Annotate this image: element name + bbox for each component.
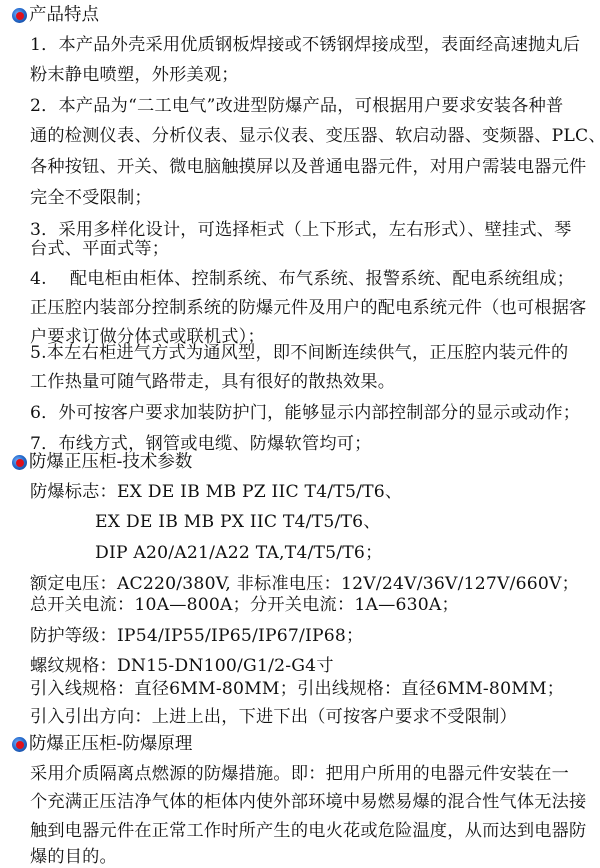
section-heading-features: 产品特点 (12, 4, 99, 26)
text-line: EX DE IB MB PX IIC T4/T5/T6、 (95, 511, 381, 533)
text-line: 总开关电流：10A—800A；分开关电流：1A—630A； (30, 594, 459, 616)
text-line: 2．本产品为“二工电气”改进型防爆产品，可根据用户要求安装各种普 (30, 95, 563, 117)
bullet-icon (12, 737, 27, 752)
text-line: 5.本左右柜进气方式为通风型，即不间断连续供气，正压腔内装元件的 (30, 342, 568, 364)
text-line: DIP A20/A21/A22 TA,T4/T5/T6； (95, 542, 382, 564)
text-line: 引入线规格：直径6MM-80MM；引出线规格：直径6MM-80MM； (30, 678, 564, 700)
text-line: 触到电器元件在正常工作时所产生的电火花或危险温度，从而达到电器防 (30, 820, 586, 842)
section-title: 防爆正压柜-防爆原理 (29, 733, 192, 755)
text-line: 采用介质隔离点燃源的防爆措施。即：把用户所用的电器元件安装在一 (30, 763, 569, 785)
section-title: 产品特点 (29, 4, 99, 26)
text-line: 正压腔内装部分控制系统的防爆元件及用户的配电系统元件（也可根据客 (30, 297, 586, 319)
section-title: 防爆正压柜-技术参数 (29, 451, 192, 473)
section-heading-tech-params: 防爆正压柜-技术参数 (12, 451, 192, 473)
text-line: 防护等级：IP54/IP55/IP65/IP67/IP68； (30, 625, 363, 647)
bullet-icon (12, 8, 27, 23)
text-line: 螺纹规格：DN15-DN100/G1/2-G4寸 (30, 655, 334, 677)
bullet-icon (12, 455, 27, 470)
text-line: 额定电压：AC220/380V, 非标准电压：12V/24V/36V/127V/… (30, 573, 579, 595)
text-line: 4. 配电柜由柜体、控制系统、布气系统、报警系统、配电系统组成； (30, 268, 574, 290)
text-line: 工作热量可随气路带走，具有很好的散热效果。 (30, 371, 395, 393)
text-line: 6．外可按客户要求加装防护门，能够显示内部控制部分的显示或动作； (30, 402, 580, 424)
text-line: 通的检测仪表、分析仪表、显示仪表、变压器、软启动器、变频器、PLC、 (30, 125, 600, 147)
text-line: 完全不受限制； (30, 187, 152, 209)
text-line: 防爆标志：EX DE IB MB PZ IIC T4/T5/T6、 (30, 481, 402, 503)
text-line: 爆的目的。 (30, 846, 117, 868)
text-line: 粉末静电喷塑，外形美观； (30, 64, 239, 86)
text-line: 1．本产品外壳采用优质钢板焊接或不锈钢焊接成型，表面经高速抛丸后 (30, 34, 580, 56)
text-line: 个充满正压洁净气体的柜体内使外部环境中易燃易爆的混合性气体无法接 (30, 791, 586, 813)
text-line: 台式、平面式等； (30, 238, 169, 260)
text-line: 引入引出方向：上进上出，下进下出（可按客户要求不受限制） (30, 706, 517, 728)
text-line: 各种按钮、开关、微电脑触摸屏以及普通电器元件，对用户需装电器元件 (30, 156, 586, 178)
section-heading-principle: 防爆正压柜-防爆原理 (12, 733, 192, 755)
